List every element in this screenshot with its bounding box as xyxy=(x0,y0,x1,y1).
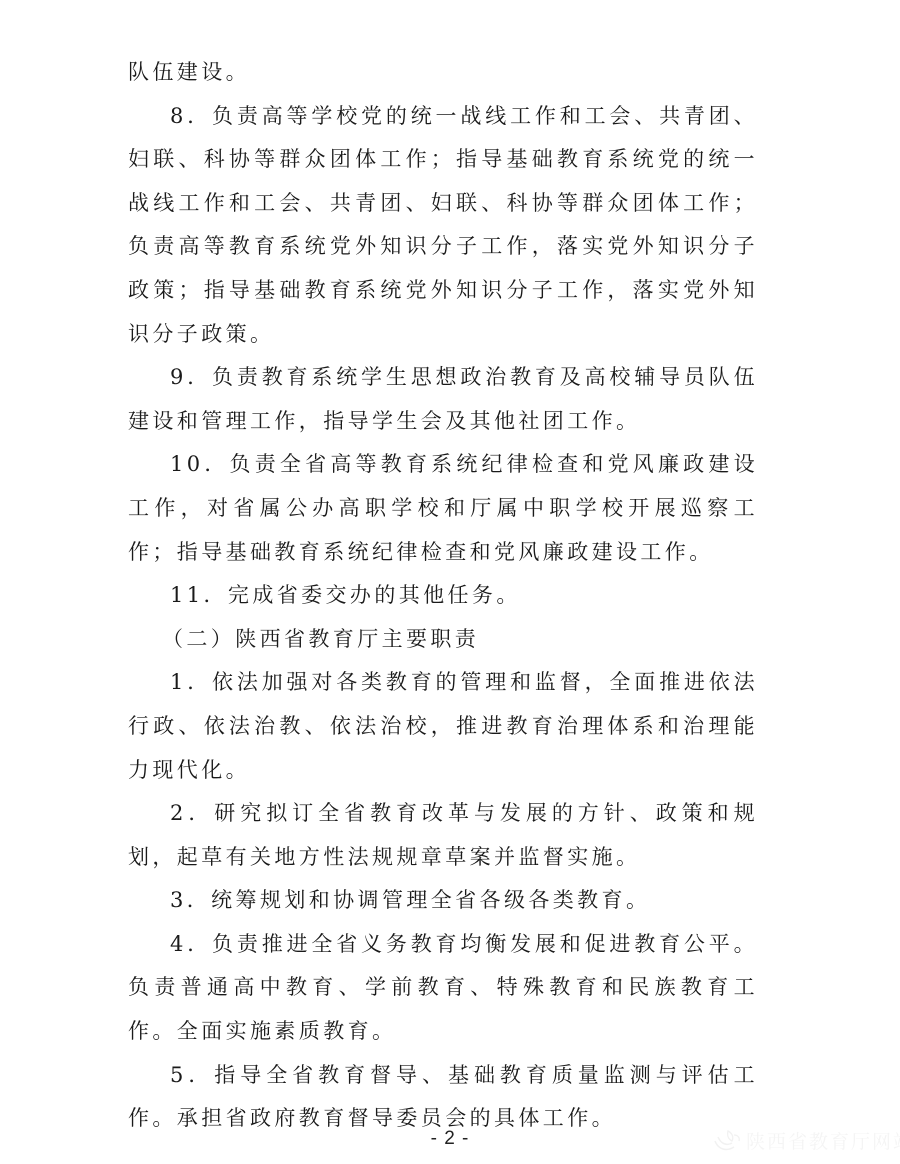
paragraph-item-9: 9．负责教育系统学生思想政治教育及高校辅导员队伍建设和管理工作，指导学生会及其他… xyxy=(128,356,758,443)
document-body: 队伍建设。 8．负责高等学校党的统一战线工作和工会、共青团、妇联、科协等群众团体… xyxy=(128,51,758,1141)
section-subheading: （二）陕西省教育厅主要职责 xyxy=(128,618,758,662)
watermark: 陕西省教育厅网站 xyxy=(712,1122,900,1158)
watermark-text: 陕西省教育厅网站 xyxy=(746,1127,900,1154)
leaf-logo-icon xyxy=(712,1125,742,1155)
paragraph-item-11: 11．完成省委交办的其他任务。 xyxy=(128,574,758,618)
paragraph-item-8: 8．负责高等学校党的统一战线工作和工会、共青团、妇联、科协等群众团体工作；指导基… xyxy=(128,95,758,357)
paragraph-duty-4: 4．负责推进全省义务教育均衡发展和促进教育公平。负责普通高中教育、学前教育、特殊… xyxy=(128,923,758,1054)
paragraph-continuation: 队伍建设。 xyxy=(128,51,758,95)
paragraph-item-10: 10．负责全省高等教育系统纪律检查和党风廉政建设工作，对省属公办高职学校和厅属中… xyxy=(128,443,758,574)
document-page: 队伍建设。 8．负责高等学校党的统一战线工作和工会、共青团、妇联、科协等群众团体… xyxy=(0,0,900,1164)
paragraph-duty-3: 3．统筹规划和协调管理全省各级各类教育。 xyxy=(128,879,758,923)
paragraph-duty-1: 1．依法加强对各类教育的管理和监督，全面推进依法行政、依法治教、依法治校，推进教… xyxy=(128,661,758,792)
paragraph-duty-2: 2．研究拟订全省教育改革与发展的方针、政策和规划，起草有关地方性法规规章草案并监… xyxy=(128,792,758,879)
